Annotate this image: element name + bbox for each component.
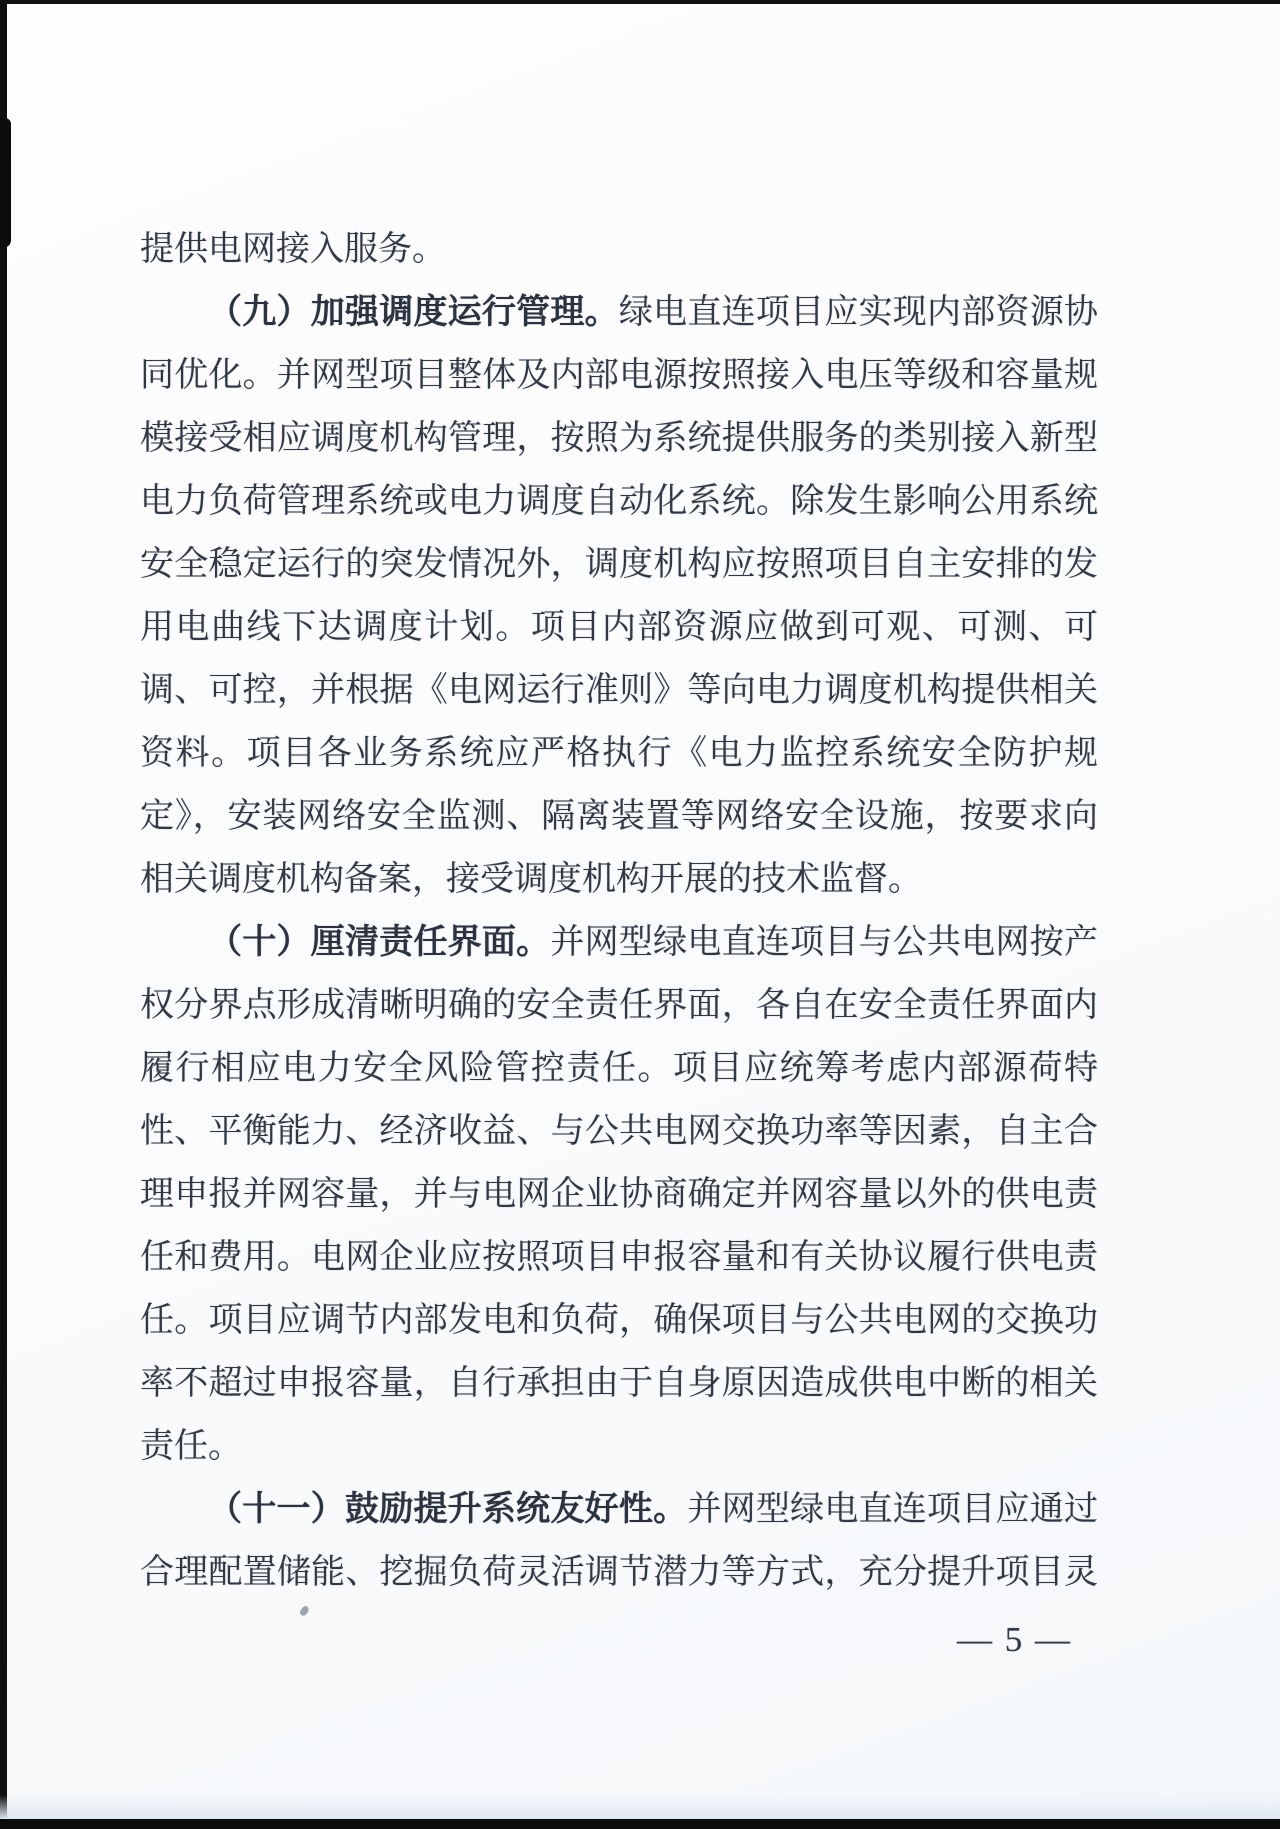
paragraph-heading: （十）厘清责任界面。 <box>208 924 550 961</box>
text-line: 用电曲线下达调度计划。项目内部资源应做到可观、可测、可 <box>140 596 1098 659</box>
text-line: 率不超过申报容量，自行承担由于自身原因造成供电中断的相关 <box>140 1352 1098 1415</box>
text-line: 性、平衡能力、经济收益、与公共电网交换功率等因素，自主合 <box>140 1100 1098 1163</box>
paragraph-heading: （十一）鼓励提升系统友好性。 <box>208 1491 687 1528</box>
paragraph: （九）加强调度运行管理。绿电直连项目应实现内部资源协同优化。并网型项目整体及内部… <box>140 281 1098 911</box>
text-line: 模接受相应调度机构管理，按照为系统提供服务的类别接入新型 <box>140 407 1098 470</box>
paragraph: （十）厘清责任界面。并网型绿电直连项目与公共电网按产权分界点形成清晰明确的安全责… <box>140 911 1098 1478</box>
text-line: 履行相应电力安全风险管控责任。项目应统筹考虑内部源荷特 <box>140 1037 1098 1100</box>
text-line: 理申报并网容量，并与电网企业协商确定并网容量以外的供电责 <box>140 1163 1098 1226</box>
text-line: （十一）鼓励提升系统友好性。并网型绿电直连项目应通过 <box>140 1478 1098 1541</box>
text-line: 责任。 <box>140 1415 1098 1478</box>
text-line: 安全稳定运行的突发情况外，调度机构应按照项目自主安排的发 <box>140 533 1098 596</box>
text-line: 电力负荷管理系统或电力调度自动化系统。除发生影响公用系统 <box>140 470 1098 533</box>
scan-edge-left <box>0 0 7 1829</box>
text-line: 相关调度机构备案，接受调度机构开展的技术监督。 <box>140 848 1098 911</box>
text-line: （十）厘清责任界面。并网型绿电直连项目与公共电网按产 <box>140 911 1098 974</box>
document-text: 提供电网接入服务。（九）加强调度运行管理。绿电直连项目应实现内部资源协同优化。并… <box>140 218 1098 1604</box>
scan-edge-top <box>0 0 1280 4</box>
paragraph-heading: （九）加强调度运行管理。 <box>208 294 619 331</box>
scanned-document-page: 提供电网接入服务。（九）加强调度运行管理。绿电直连项目应实现内部资源协同优化。并… <box>0 0 1280 1829</box>
text-line: 任。项目应调节内部发电和负荷，确保项目与公共电网的交换功 <box>140 1289 1098 1352</box>
paragraph: 提供电网接入服务。 <box>140 218 1098 281</box>
text-line: 定》，安装网络安全监测、隔离装置等网络安全设施，按要求向 <box>140 785 1098 848</box>
scan-speck <box>299 1605 310 1617</box>
scan-bottom-shading <box>0 1795 1280 1819</box>
page-number: — 5 — <box>957 1620 1072 1660</box>
text-line: 资料。项目各业务系统应严格执行《电力监控系统安全防护规 <box>140 722 1098 785</box>
text-line: （九）加强调度运行管理。绿电直连项目应实现内部资源协 <box>140 281 1098 344</box>
scan-edge-bottom <box>0 1819 1280 1829</box>
text-line: 任和费用。电网企业应按照项目申报容量和有关协议履行供电责 <box>140 1226 1098 1289</box>
paragraph: （十一）鼓励提升系统友好性。并网型绿电直连项目应通过合理配置储能、挖掘负荷灵活调… <box>140 1478 1098 1604</box>
text-line: 调、可控，并根据《电网运行准则》等向电力调度机构提供相关 <box>140 659 1098 722</box>
text-line: 合理配置储能、挖掘负荷灵活调节潜力等方式，充分提升项目灵 <box>140 1541 1098 1604</box>
text-line: 同优化。并网型项目整体及内部电源按照接入电压等级和容量规 <box>140 344 1098 407</box>
scan-edge-left-artifact <box>0 118 11 248</box>
text-line: 提供电网接入服务。 <box>140 218 1098 281</box>
text-line: 权分界点形成清晰明确的安全责任界面，各自在安全责任界面内 <box>140 974 1098 1037</box>
